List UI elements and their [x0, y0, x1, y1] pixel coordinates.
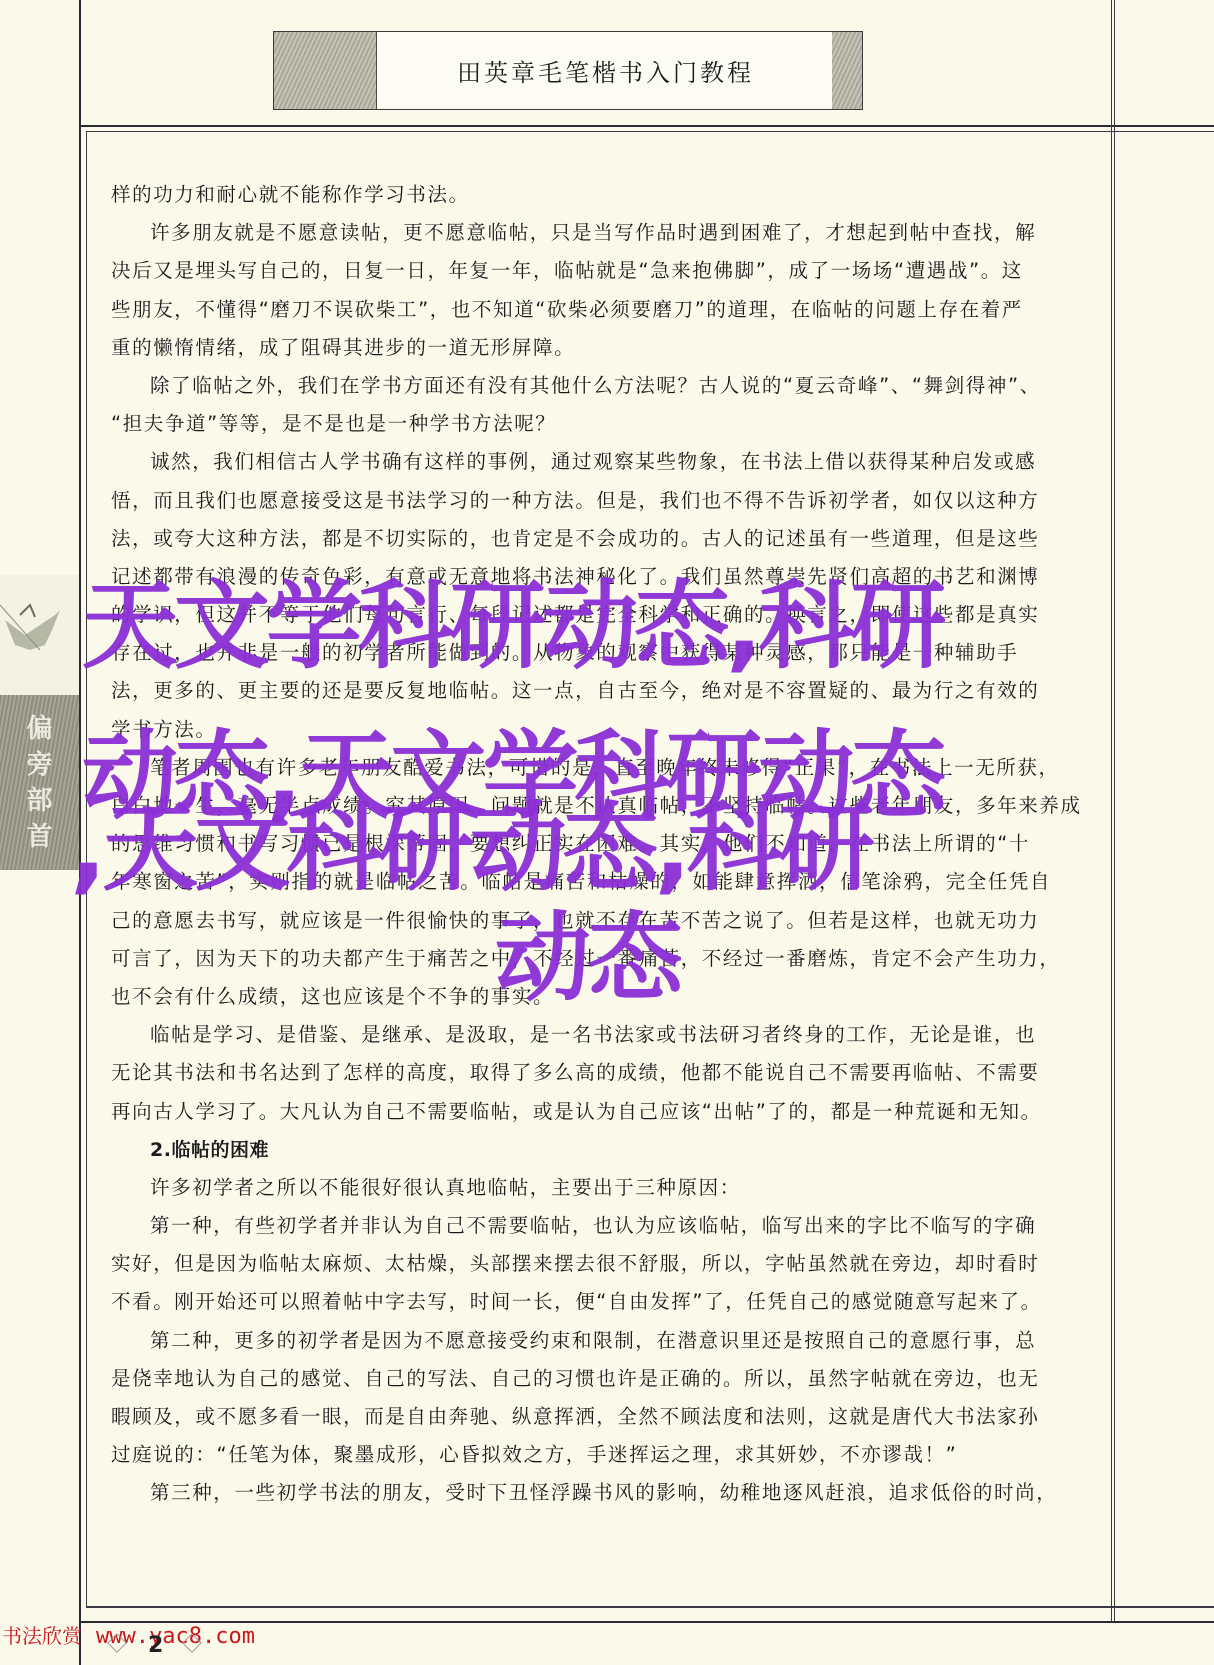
text-line: 决后又是埋头写自己的，日复一日，年复一年，临帖就是“急来抱佛脚”，成了一场场“遭… [111, 252, 1086, 290]
header-banner: 田英章毛笔楷书入门教程 [273, 31, 835, 110]
text-line: 无论其书法和书名达到了怎样的高度，取得了多么高的成绩，他都不能说自己不需要再临帖… [111, 1054, 1086, 1092]
book-title: 田英章毛笔楷书入门教程 [377, 32, 834, 109]
frame-right-line [1111, 0, 1112, 1621]
site-credit: 书法欣赏www.yac8.com [2, 1620, 255, 1649]
section-tab-radicals: 偏 旁 部 首 [0, 695, 79, 870]
text-line: 再向古人学习了。大凡认为自己不需要临帖，或是认为自己应该“出帖”了的，都是一种荒… [111, 1093, 1086, 1131]
side-tab-char: 部 [26, 783, 52, 819]
text-line: 悟，而且我们也愿意接受这是书法学习的一种方法。但是，我们也不得不告诉初学者，如仅… [111, 482, 1086, 520]
text-line: 许多初学者之所以不能很好很认真地临帖，主要出于三种原因： [111, 1169, 1086, 1207]
text-line: 实好，但是因为临帖太麻烦、太枯燥，头部摆来摆去很不舒服，所以，字帖虽然就在旁边，… [111, 1245, 1086, 1283]
text-line: 重的懒惰情绪，成了阻碍其进步的一道无形屏障。 [111, 329, 1086, 367]
side-tab-char: 首 [26, 819, 52, 855]
credit-label: 书法欣赏 [2, 1624, 82, 1648]
text-line: 法，或夸大这种方法，都是不切实际的，也肯定是不会成功的。古人的记述虽有一些道理，… [111, 520, 1086, 558]
text-line: 暇顾及，或不愿多看一眼，而是自由奔驰、纵意挥洒，全然不顾法度和法则，这就是唐代大… [111, 1398, 1086, 1436]
watermark-line-4: 动态 [495, 910, 679, 1006]
header-rule [79, 125, 1214, 127]
frame-right-line-outer [1114, 0, 1115, 1621]
horse-illustration-icon [0, 575, 79, 695]
text-line: 许多朋友就是不愿意读帖，更不愿意临帖，只是当写作品时遇到困难了，才想起到帖中查找… [111, 214, 1086, 252]
section-heading: 2.临帖的困难 [111, 1131, 1086, 1169]
horse-rider-illustration [0, 575, 79, 695]
text-line: 是侥幸地认为自己的感觉、自己的写法、自己的习惯也许是正确的。所以，虽然字帖就在旁… [111, 1360, 1086, 1398]
side-tab-char: 旁 [26, 747, 52, 783]
text-line: 样的功力和耐心就不能称作学习书法。 [111, 176, 1086, 214]
text-line: 些朋友，不懂得“磨刀不误砍柴工”，也不知道“砍柴必须要磨刀”的道理，在临帖的问题… [111, 291, 1086, 329]
text-line: 诚然，我们相信古人学书确有这样的事例，通过观察某些物象，在书法上借以获得某种启发… [111, 443, 1086, 481]
text-line: 不看。刚开始还可以照着帖中字去写，时间一长，便“自由发挥”了，任凭自己的感觉随意… [111, 1283, 1086, 1321]
watermark-line-3: ,天文科研动态,科研 [70, 800, 871, 896]
text-line: 第三种，一些初学书法的朋友，受时下丑怪浮躁书风的影响，幼稚地逐风赶浪，追求低俗的… [111, 1474, 1086, 1512]
page-number: 2 [148, 1633, 163, 1658]
side-tab-char: 偏 [26, 711, 52, 747]
text-line: 第二种，更多的初学者是因为不愿意接受约束和限制，在潜意识里还是按照自己的意愿行事… [111, 1322, 1086, 1360]
text-line: 第一种，有些初学者并非认为自己不需要临帖，也认为应该临帖，临写出来的字比不临写的… [111, 1207, 1086, 1245]
text-line: 过庭说的：“任笔为体，聚墨成形，心昏拟效之方，手迷挥运之理，求其妍妙，不亦谬哉！… [111, 1436, 1086, 1474]
banner-right-ornament [832, 31, 863, 110]
watermark-line-1: 天文学科研动态,科研 [82, 578, 942, 674]
banner-left-ornament [274, 32, 377, 109]
text-line: 临帖是学习、是借鉴、是继承、是汲取，是一名书法家或书法研习者终身的工作，无论是谁… [111, 1016, 1086, 1054]
text-line: “担夫争道”等等，是不是也是一种学书方法呢？ [111, 405, 1086, 443]
text-line: 除了临帖之外，我们在学书方面还有没有其他什么方法呢？古人说的“夏云奇峰”、“舞剑… [111, 367, 1086, 405]
